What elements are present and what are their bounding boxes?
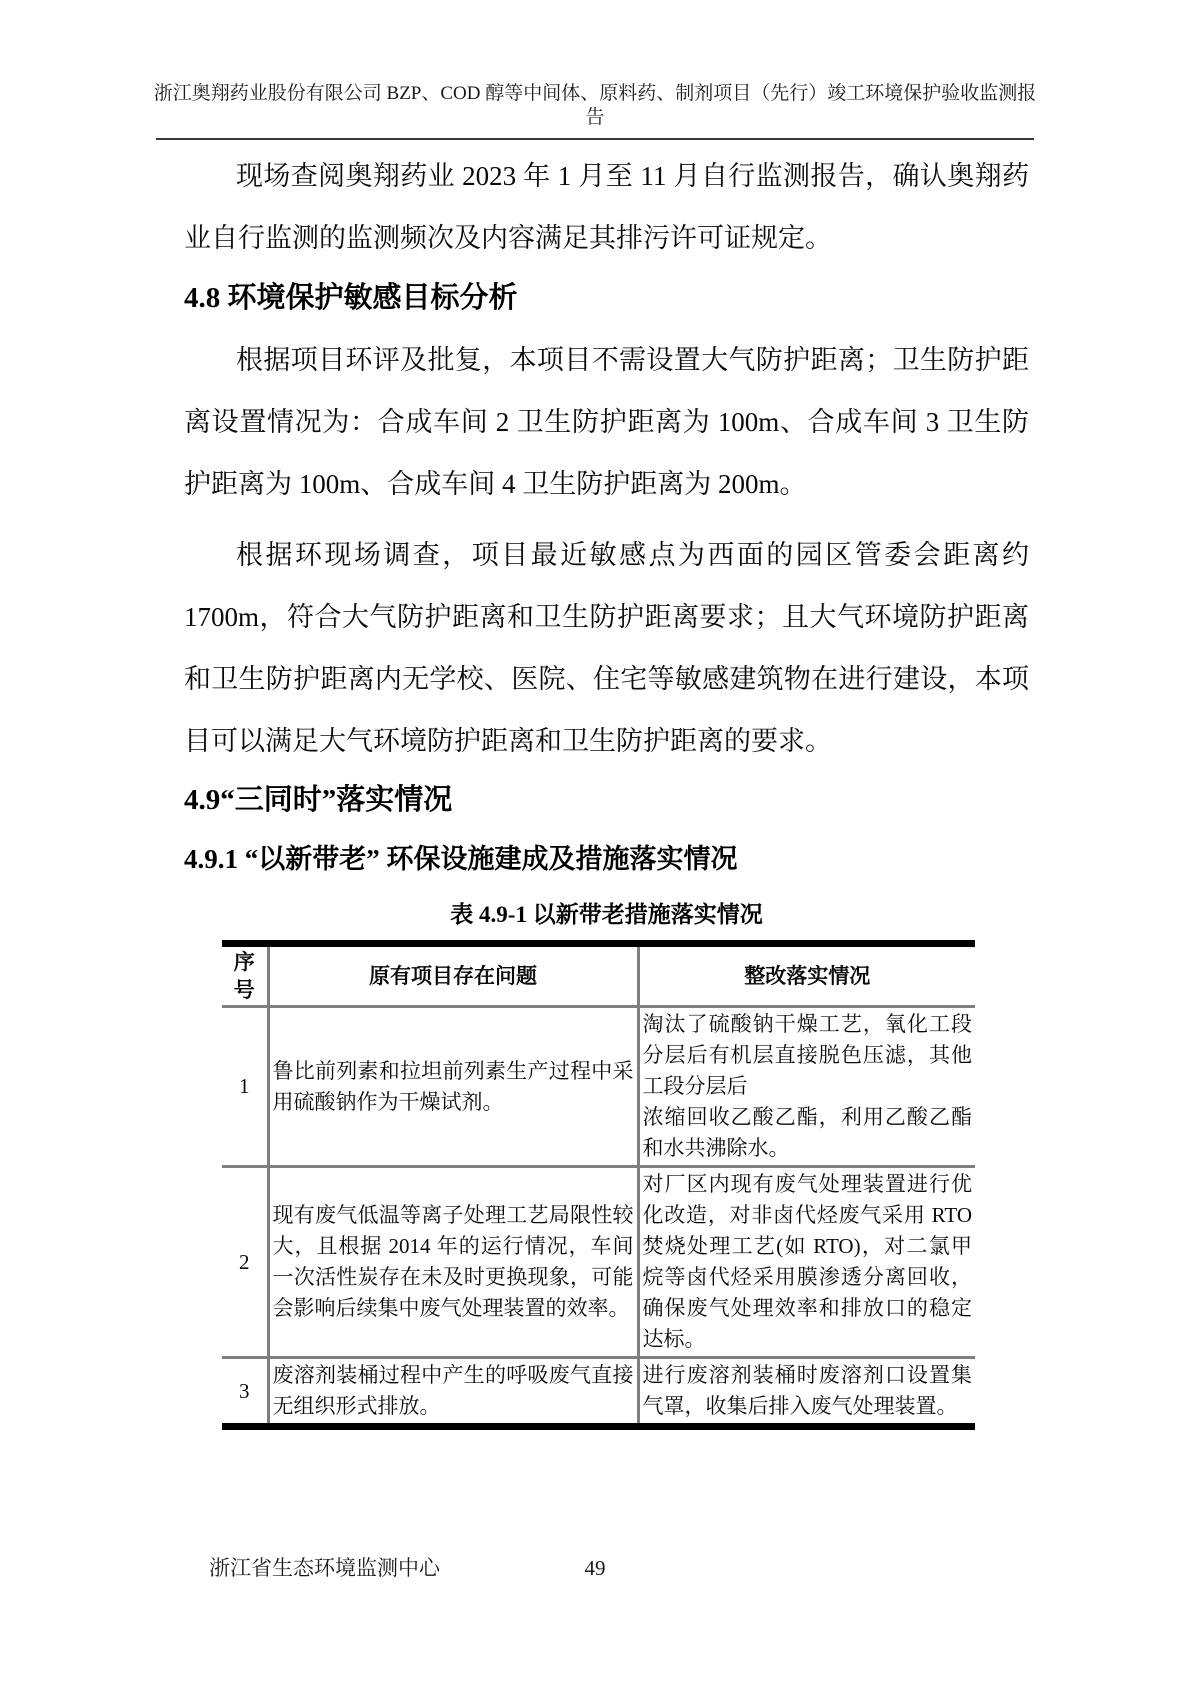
header-title-line-1: 浙江奥翔药业股份有限公司 BZP、COD 醇等中间体、原料药、制剂项目（先行）竣… <box>150 82 1040 106</box>
paragraph-protection-distance: 根据项目环评及批复，本项目不需设置大气防护距离；卫生防护距离设置情况为：合成车间… <box>184 329 1029 515</box>
footer-organization: 浙江省生态环境监测中心 <box>209 1555 440 1581</box>
table-caption: 表 4.9-1 以新带老措施落实情况 <box>184 900 1029 930</box>
implementation-table: 序号 原有项目存在问题 整改落实情况 1 鲁比前列素和拉坦前列素生产过程中采用硫… <box>222 940 975 1430</box>
cell-row2-no: 2 <box>222 1167 268 1358</box>
cell-row1-action: 淘汰了硫酸钠干燥工艺，氧化工段分层后有机层直接脱色压滤，其他工段分层后 浓缩回收… <box>638 1007 975 1167</box>
header-divider <box>156 138 1034 140</box>
cell-row2-problem: 现有废气低温等离子处理工艺局限性较大，且根据 2014 年的运行情况，车间一次活… <box>268 1167 638 1358</box>
header-title-line-2: 告 <box>150 106 1040 130</box>
paragraph-self-monitoring: 现场查阅奥翔药业 2023 年 1 月至 11 月自行监测报告，确认奥翔药业自行… <box>184 145 1029 269</box>
cell-row2-action: 对厂区内现有废气处理装置进行优化改造，对非卤代烃废气采用 RTO 焚烧处理工艺(… <box>638 1167 975 1358</box>
heading-4-8: 4.8 环境保护敏感目标分析 <box>184 278 1029 318</box>
column-header-problem: 原有项目存在问题 <box>268 944 638 1007</box>
implementation-table-wrap: 序号 原有项目存在问题 整改落实情况 1 鲁比前列素和拉坦前列素生产过程中采用硫… <box>222 940 975 1430</box>
cell-row3-action: 进行废溶剂装桶时废溶剂口设置集气罩，收集后排入废气处理装置。 <box>638 1358 975 1427</box>
heading-4-9-1: 4.9.1 “以新带老” 环保设施建成及措施落实情况 <box>184 840 1029 878</box>
table-row: 3 废溶剂装桶过程中产生的呼吸废气直接无组织形式排放。 进行废溶剂装桶时废溶剂口… <box>222 1358 975 1427</box>
cell-row3-problem: 废溶剂装桶过程中产生的呼吸废气直接无组织形式排放。 <box>268 1358 638 1427</box>
table-row: 2 现有废气低温等离子处理工艺局限性较大，且根据 2014 年的运行情况，车间一… <box>222 1167 975 1358</box>
page-header: 浙江奥翔药业股份有限公司 BZP、COD 醇等中间体、原料药、制剂项目（先行）竣… <box>150 82 1040 130</box>
column-header-action: 整改落实情况 <box>638 944 975 1007</box>
page-number: 49 <box>0 1555 1190 1581</box>
cell-row1-no: 1 <box>222 1007 268 1167</box>
cell-row3-no: 3 <box>222 1358 268 1427</box>
document-page: 浙江奥翔药业股份有限公司 BZP、COD 醇等中间体、原料药、制剂项目（先行）竣… <box>0 0 1190 1683</box>
heading-4-9: 4.9“三同时”落实情况 <box>184 780 1029 820</box>
table-row: 1 鲁比前列素和拉坦前列素生产过程中采用硫酸钠作为干燥试剂。 淘汰了硫酸钠干燥工… <box>222 1007 975 1167</box>
table-header-row: 序号 原有项目存在问题 整改落实情况 <box>222 944 975 1007</box>
cell-row1-problem: 鲁比前列素和拉坦前列素生产过程中采用硫酸钠作为干燥试剂。 <box>268 1007 638 1167</box>
paragraph-sensitive-points: 根据环现场调查，项目最近敏感点为西面的园区管委会距离约1700m，符合大气防护距… <box>184 524 1029 772</box>
column-header-no: 序号 <box>222 944 268 1007</box>
